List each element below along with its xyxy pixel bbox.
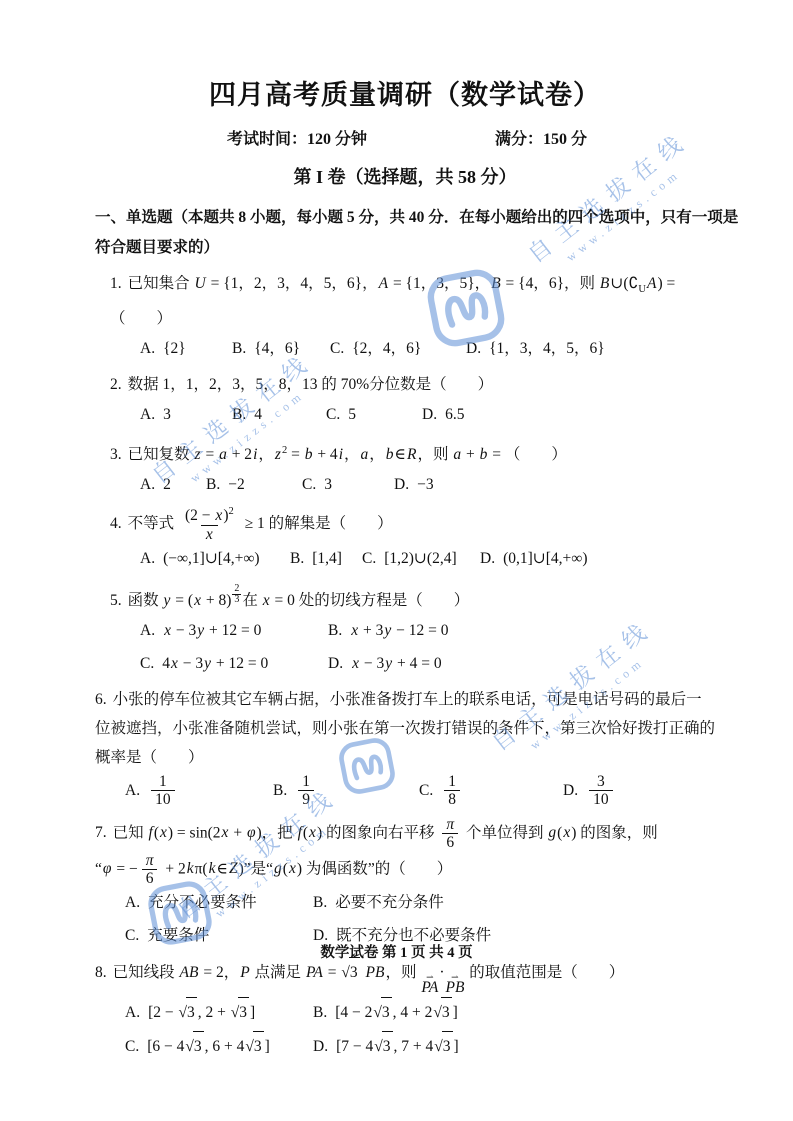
option-label: A. xyxy=(140,476,155,493)
page-footer: 数学试卷 第 1 页 共 4 页 xyxy=(0,941,793,962)
question-stem-line2: “φ = −π6 + 2kπ(k∈Z)”是“g(x) 为偶函数”的（ ） xyxy=(95,852,715,888)
part1-heading-line2: 符合题目要求的） xyxy=(95,233,715,263)
question-stem: 2.数据 1，1，2，3，5，8，13 的 70%分位数是（ ） xyxy=(110,370,715,399)
question-5: 5.函数 y = (x + 8)23在 x = 0 处的切线方程是（ ）A.x … xyxy=(95,580,715,678)
full-score-label: 满分：150 分 xyxy=(495,126,587,149)
options-row: A.(−∞,1]∪[4,+∞)B.[1,4]C.[1,2)∪(2,4]D.(0,… xyxy=(110,544,715,573)
question-1-option-B: B.{4，6} xyxy=(232,334,330,363)
option-label: C. xyxy=(419,782,433,799)
question-6-option-B: B.19 xyxy=(273,773,419,809)
question-4-option-B: B.[1,4] xyxy=(290,544,362,573)
question-1: 1.已知集合 U = {1，2，3，4，5，6}，A = {1，3，5}，B =… xyxy=(95,269,715,363)
option-label: C. xyxy=(125,1038,139,1055)
option-label: B. xyxy=(232,340,246,357)
question-number: 2. xyxy=(110,376,122,393)
option-label: D. xyxy=(422,406,437,423)
option-label: C. xyxy=(302,476,316,493)
option-label: A. xyxy=(140,550,155,567)
option-label: D. xyxy=(480,550,495,567)
option-label: D. xyxy=(328,655,343,672)
question-2-option-A: A.3 xyxy=(140,400,232,429)
question-3: 3.已知复数 z = a + 2i，z2 = b + 4i，a，b∈R，则 a … xyxy=(95,436,715,499)
exam-info-row: 考试时间：120 分钟 满分：150 分 xyxy=(227,126,587,149)
question-number: 7. xyxy=(95,824,107,841)
question-2: 2.数据 1，1，2，3，5，8，13 的 70%分位数是（ ）A.3B.4C.… xyxy=(95,370,715,429)
question-4-option-A: A.(−∞,1]∪[4,+∞) xyxy=(140,544,290,573)
option-label: A. xyxy=(125,894,140,911)
question-4: 4.不等式 (2 − x)2x ≥ 1 的解集是（ ）A.(−∞,1]∪[4,+… xyxy=(95,506,715,573)
question-stem: 3.已知复数 z = a + 2i，z2 = b + 4i，a，b∈R，则 a … xyxy=(110,436,715,469)
question-7-option-B: B.必要不充分条件 xyxy=(313,888,715,917)
question-5-option-D: D.x − 3y + 4 = 0 xyxy=(328,649,715,678)
question-stem: 1.已知集合 U = {1，2，3，4，5，6}，A = {1，3，5}，B =… xyxy=(110,269,715,333)
options-row: A.3B.4C.5D.6.5 xyxy=(110,400,715,429)
option-label: C. xyxy=(362,550,376,567)
question-2-option-B: B.4 xyxy=(232,400,326,429)
exam-time-label: 考试时间：120 分钟 xyxy=(227,126,367,149)
paper-content: 四月高考质量调研（数学试卷） 考试时间：120 分钟 满分：150 分 第 I … xyxy=(95,65,715,1068)
question-stem: 5.函数 y = (x + 8)23在 x = 0 处的切线方程是（ ） xyxy=(110,580,715,615)
option-label: B. xyxy=(273,782,287,799)
question-8-option-C: C.[6 − 4√3, 6 + 4√3] xyxy=(125,1031,313,1061)
question-stem: 8.已知线段 AB = 2，P 点满足 PA = √3 PB，则 ⇀PA·⇀PB… xyxy=(95,957,715,996)
option-label: A. xyxy=(140,406,155,423)
question-7: 7.已知 f(x) = sin(2x + φ)，把 f(x) 的图象向右平移 π… xyxy=(95,816,715,950)
option-label: B. xyxy=(328,622,342,639)
option-label: D. xyxy=(563,782,578,799)
question-3-option-A: A.2 xyxy=(140,470,206,499)
option-label: A. xyxy=(140,622,155,639)
question-8: 8.已知线段 AB = 2，P 点满足 PA = √3 PB，则 ⇀PA·⇀PB… xyxy=(95,957,715,1061)
options-row: A.110B.19C.18D.310 xyxy=(95,773,715,809)
question-8-option-B: B.[4 − 2√3, 4 + 2√3] xyxy=(313,997,715,1027)
option-label: C. xyxy=(140,655,154,672)
question-number: 8. xyxy=(95,964,107,981)
option-label: A. xyxy=(125,1004,140,1021)
options-row: A.x − 3y + 12 = 0B.x + 3y − 12 = 0C.4x −… xyxy=(110,616,715,678)
part1-heading: 一、单选题（本题共 8 小题，每小题 5 分，共 40 分．在每小题给出的四个选… xyxy=(95,203,715,263)
question-3-option-C: C.3 xyxy=(302,470,394,499)
options-row: A.[2 − √3, 2 + √3]B.[4 − 2√3, 4 + 2√3]C.… xyxy=(95,997,715,1061)
option-label: B. xyxy=(313,894,327,911)
exam-paper-page: 自主选拔在线 www.zizzs.com 自主选拔在线 www.zizzs.co… xyxy=(0,0,793,1121)
question-7-option-A: A.充分不必要条件 xyxy=(125,888,313,917)
option-label: D. xyxy=(394,476,409,493)
question-5-option-A: A.x − 3y + 12 = 0 xyxy=(140,616,328,645)
option-label: B. xyxy=(313,1004,327,1021)
question-3-option-B: B.−2 xyxy=(206,470,302,499)
option-label: B. xyxy=(232,406,246,423)
option-label: B. xyxy=(206,476,220,493)
option-label: C. xyxy=(326,406,340,423)
question-1-option-C: C.{2，4，6} xyxy=(330,334,466,363)
question-5-option-B: B.x + 3y − 12 = 0 xyxy=(328,616,715,645)
question-6-option-D: D.310 xyxy=(563,773,715,809)
question-6-option-A: A.110 xyxy=(125,773,273,809)
option-label: D. xyxy=(313,1038,328,1055)
question-8-option-D: D.[7 − 4√3, 7 + 4√3] xyxy=(313,1031,715,1061)
question-number: 1. xyxy=(110,275,122,292)
question-1-option-A: A.{2} xyxy=(140,334,232,363)
question-1-option-D: D.{1，3，4，5，6} xyxy=(466,334,715,363)
option-label: C. xyxy=(330,340,344,357)
question-stem: 7.已知 f(x) = sin(2x + φ)，把 f(x) 的图象向右平移 π… xyxy=(95,816,715,852)
question-4-option-D: D.(0,1]∪[4,+∞) xyxy=(480,544,715,573)
question-stem: 6.小张的停车位被其它车辆占据，小张准备拨打车上的联系电话，可是电话号码的最后一… xyxy=(95,685,715,772)
options-row: A.{2}B.{4，6}C.{2，4，6}D.{1，3，4，5，6} xyxy=(110,334,715,363)
question-2-option-C: C.5 xyxy=(326,400,422,429)
question-2-option-D: D.6.5 xyxy=(422,400,715,429)
option-label: B. xyxy=(290,550,304,567)
question-3-option-D: D.−3 xyxy=(394,470,715,499)
option-label: A. xyxy=(125,782,140,799)
question-number: 3. xyxy=(110,446,122,463)
question-number: 6. xyxy=(95,691,107,708)
section-title: 第 I 卷（选择题，共 58 分） xyxy=(95,163,715,189)
question-4-option-C: C.[1,2)∪(2,4] xyxy=(362,544,480,573)
options-row: A.2B.−2C.3D.−3 xyxy=(110,470,715,499)
part1-heading-line1: 一、单选题（本题共 8 小题，每小题 5 分，共 40 分．在每小题给出的四个选… xyxy=(95,203,715,233)
question-6: 6.小张的停车位被其它车辆占据，小张准备拨打车上的联系电话，可是电话号码的最后一… xyxy=(95,685,715,809)
question-stem: 4.不等式 (2 − x)2x ≥ 1 的解集是（ ） xyxy=(110,506,715,543)
question-number: 4. xyxy=(110,515,122,532)
option-label: A. xyxy=(140,340,155,357)
question-8-option-A: A.[2 − √3, 2 + √3] xyxy=(125,997,313,1027)
page-title: 四月高考质量调研（数学试卷） xyxy=(95,73,715,112)
question-number: 5. xyxy=(110,592,122,609)
option-label: D. xyxy=(466,340,481,357)
question-6-option-C: C.18 xyxy=(419,773,563,809)
question-5-option-C: C.4x − 3y + 12 = 0 xyxy=(140,649,328,678)
